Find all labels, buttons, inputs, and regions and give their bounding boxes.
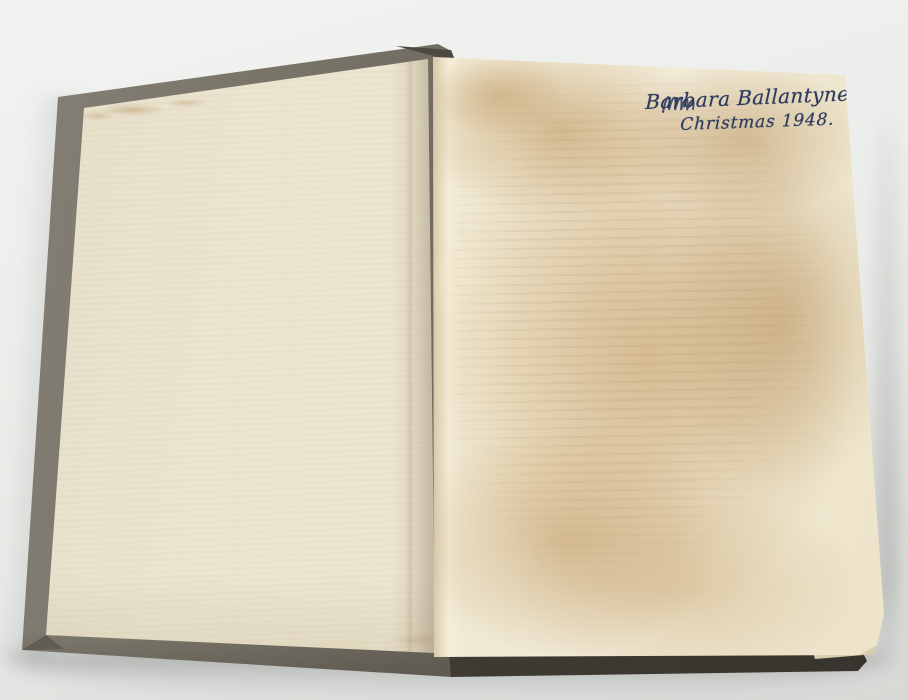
stain-streak-texture bbox=[452, 78, 832, 633]
photo-open-book: Barbara Ballantyne Christmas 1948. bbox=[0, 0, 908, 700]
ink-scribble bbox=[660, 90, 712, 116]
